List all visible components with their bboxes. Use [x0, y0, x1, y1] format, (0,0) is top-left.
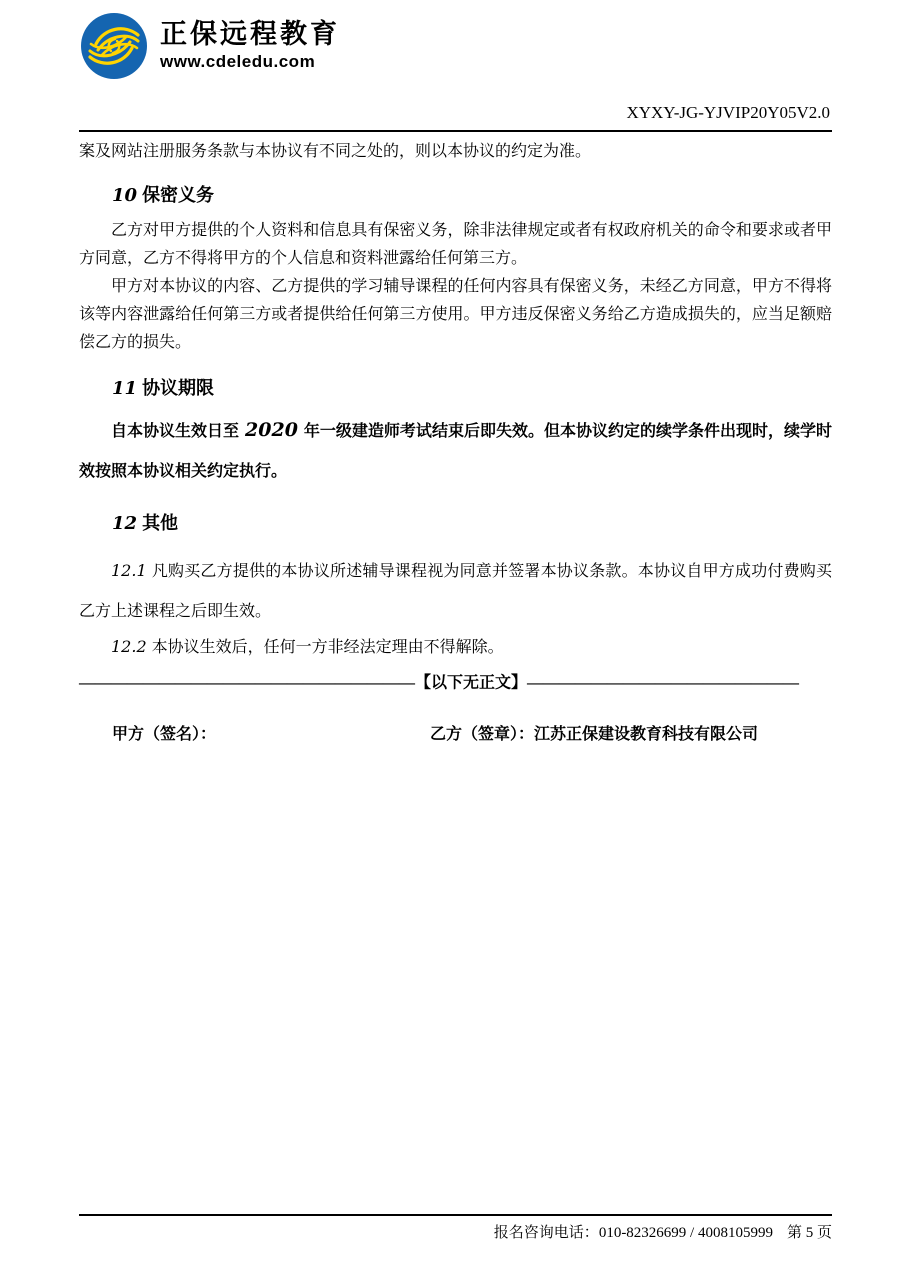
footer-phone-numbers: 010-82326699 / 4008105999 [599, 1225, 773, 1241]
section-10-title: 保密义务 [142, 185, 214, 205]
logo-url: www.cdeledu.com [160, 53, 340, 72]
section-12-number: 12 [112, 513, 137, 534]
document-body: 案及网站注册服务条款与本协议有不同之处的，则以本协议的约定为准。 10保密义务 … [79, 140, 832, 747]
clause-12-1-text: 凡购买乙方提供的本协议所述辅导课程视为同意并签署本协议条款。本协议自甲方成功付费… [79, 563, 832, 620]
section-11-title: 协议期限 [142, 378, 214, 398]
intro-paragraph: 案及网站注册服务条款与本协议有不同之处的，则以本协议的约定为准。 [79, 140, 832, 164]
footer-contact-label: 报名咨询电话： [494, 1225, 599, 1241]
section-10-heading: 10保密义务 [112, 182, 832, 209]
divider-right-dashes: ————————————————— [527, 674, 799, 691]
section-11-heading: 11协议期限 [112, 375, 832, 402]
section-10-number: 10 [112, 185, 137, 206]
document-page: 正保远程教育 www.cdeledu.com XYXY-JG-YJVIP20Y0… [0, 0, 908, 1268]
header: 正保远程教育 www.cdeledu.com XYXY-JG-YJVIP20Y0… [79, 0, 832, 132]
clause-12-2-text: 本协议生效后，任何一方非经法定理由不得解除。 [152, 639, 504, 656]
footer: 报名咨询电话：010-82326699 / 4008105999第 5 页 [79, 1214, 832, 1244]
section-12-title: 其他 [142, 513, 178, 533]
clause-12-1-number: 12.1 [111, 561, 147, 580]
divider-label: 【以下无正文】 [415, 674, 527, 691]
section-12-heading: 12其他 [112, 510, 832, 537]
section-11-paragraph: 自本协议生效日至 2020 年一级建造师考试结束后即失效。但本协议约定的续学条件… [79, 410, 832, 492]
logo-text: 正保远程教育 www.cdeledu.com [160, 20, 340, 71]
page-content: 正保远程教育 www.cdeledu.com XYXY-JG-YJVIP20Y0… [79, 0, 832, 747]
document-code: XYXY-JG-YJVIP20Y05V2.0 [626, 103, 830, 123]
section-10-paragraph-1: 乙方对甲方提供的个人资料和信息具有保密义务，除非法律规定或者有权政府机关的命令和… [79, 217, 832, 273]
party-b-signature-label: 乙方（签章）：江苏正保建设教育科技有限公司 [430, 721, 758, 744]
clause-12-2-number: 12.2 [111, 637, 147, 656]
footer-page-number: 第 5 页 [787, 1225, 832, 1241]
clause-12-1: 12.1凡购买乙方提供的本协议所述辅导课程视为同意并签署本协议条款。本协议自甲方… [79, 551, 832, 632]
clause-12-2: 12.2本协议生效后，任何一方非经法定理由不得解除。 [79, 632, 832, 663]
logo: 正保远程教育 www.cdeledu.com [81, 13, 340, 79]
divider-left-dashes: ————————————————————— [79, 674, 415, 691]
logo-globe-swirl-icon [81, 13, 147, 79]
section-11-number: 11 [112, 378, 137, 399]
party-a-signature-label: 甲方（签名）： [112, 726, 216, 743]
section-10-paragraph-2: 甲方对本协议的内容、乙方提供的学习辅导课程的任何内容具有保密义务，未经乙方同意，… [79, 273, 832, 357]
no-more-text-divider: —————————————————————【以下无正文】————————————… [79, 671, 832, 695]
signature-row: 甲方（签名）： 乙方（签章）：江苏正保建设教育科技有限公司 [79, 721, 832, 747]
term-year: 2020 [243, 419, 300, 441]
term-text-before: 自本协议生效日至 [111, 423, 243, 440]
logo-name: 正保远程教育 [160, 20, 340, 50]
